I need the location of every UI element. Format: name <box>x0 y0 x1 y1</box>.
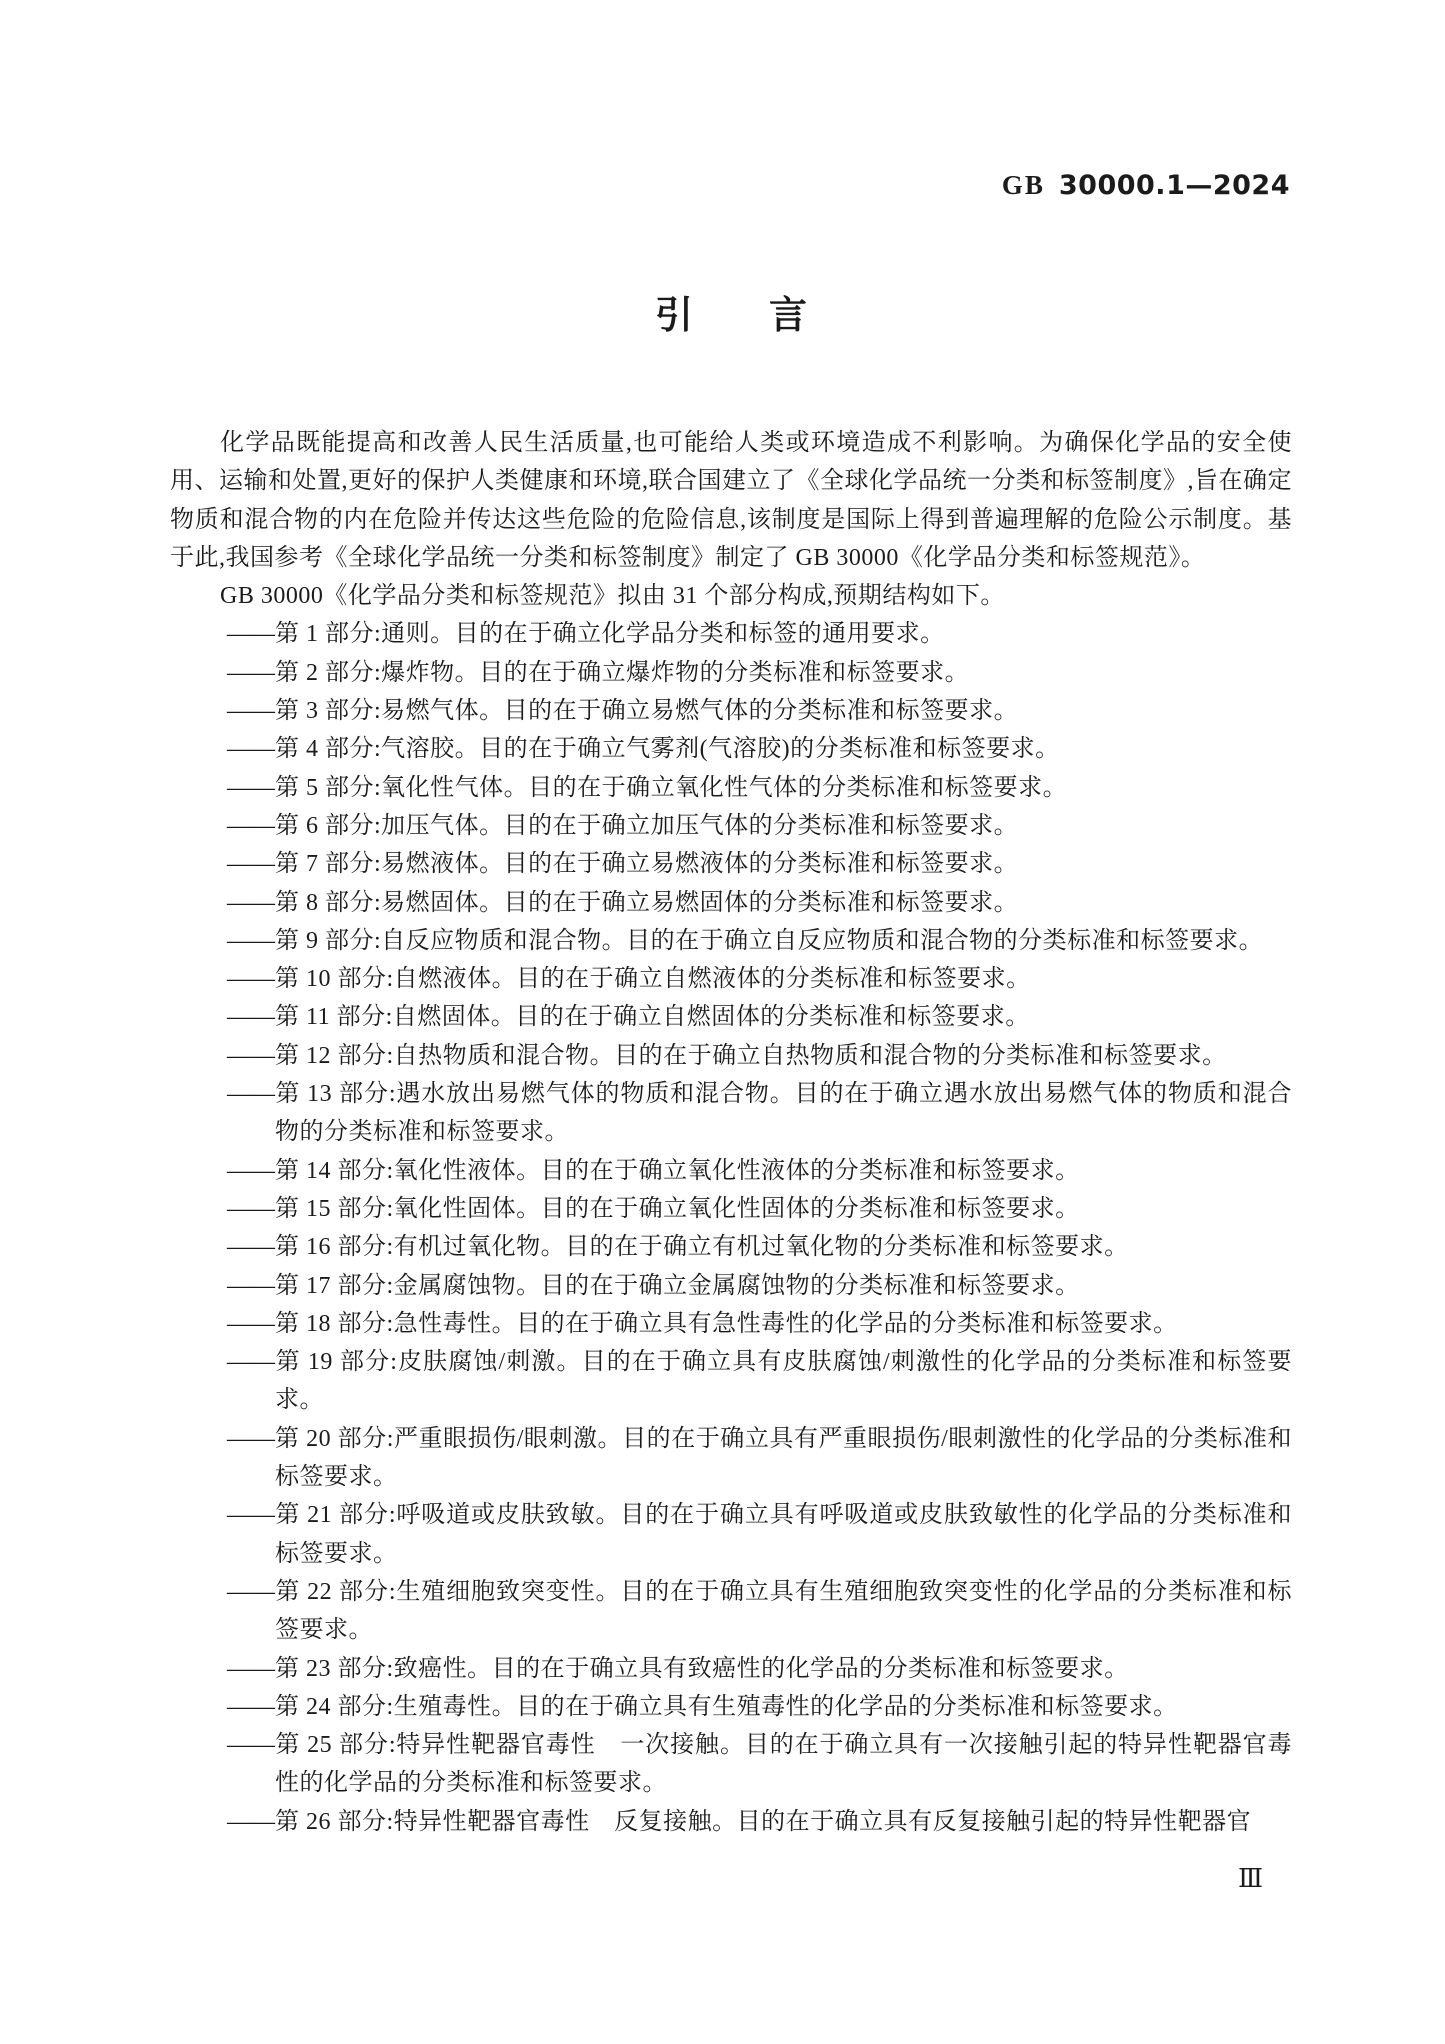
em-dash: —— <box>170 1037 275 1075</box>
em-dash: —— <box>170 807 275 845</box>
part-text: 第 10 部分:自燃液体。目的在于确立自燃液体的分类标准和标签要求。 <box>275 966 1031 992</box>
list-item: ——第 4 部分:气溶胶。目的在于确立气雾剂(气溶胶)的分类标准和标签要求。 <box>170 730 1292 768</box>
list-item: ——第 2 部分:爆炸物。目的在于确立爆炸物的分类标准和标签要求。 <box>170 654 1292 692</box>
part-text: 第 6 部分:加压气体。目的在于确立加压气体的分类标准和标签要求。 <box>275 813 1018 839</box>
document-page: GB30000.1—2024 引 言 化学品既能提高和改善人民生活质量,也可能给… <box>0 0 1445 2044</box>
part-text: 第 7 部分:易燃液体。目的在于确立易燃液体的分类标准和标签要求。 <box>275 851 1018 877</box>
list-item: ——第 12 部分:自热物质和混合物。目的在于确立自热物质和混合物的分类标准和标… <box>170 1037 1292 1075</box>
em-dash: —— <box>170 922 275 960</box>
part-text: 第 5 部分:氧化性气体。目的在于确立氧化性气体的分类标准和标签要求。 <box>275 775 1067 801</box>
list-item: ——第 17 部分:金属腐蚀物。目的在于确立金属腐蚀物的分类标准和标签要求。 <box>170 1267 1292 1305</box>
em-dash: —— <box>170 1343 275 1381</box>
list-item: ——第 5 部分:氧化性气体。目的在于确立氧化性气体的分类标准和标签要求。 <box>170 769 1292 807</box>
part-text: 第 12 部分:自热物质和混合物。目的在于确立自热物质和混合物的分类标准和标签要… <box>275 1043 1227 1069</box>
list-item: ——第 21 部分:呼吸道或皮肤致敏。目的在于确立具有呼吸道或皮肤致敏性的化学品… <box>170 1496 1292 1573</box>
em-dash: —— <box>170 1573 275 1611</box>
part-text: 第 22 部分:生殖细胞致突变性。目的在于确立具有生殖细胞致突变性的化学品的分类… <box>275 1579 1292 1643</box>
list-item: ——第 18 部分:急性毒性。目的在于确立具有急性毒性的化学品的分类标准和标签要… <box>170 1305 1292 1343</box>
em-dash: —— <box>170 1075 275 1113</box>
part-text: 第 18 部分:急性毒性。目的在于确立具有急性毒性的化学品的分类标准和标签要求。 <box>275 1311 1178 1337</box>
intro-paragraph: GB 30000《化学品分类和标签规范》拟由 31 个部分构成,预期结构如下。 <box>170 577 1292 615</box>
em-dash: —— <box>170 998 275 1036</box>
em-dash: —— <box>170 1228 275 1266</box>
list-item: ——第 10 部分:自燃液体。目的在于确立自燃液体的分类标准和标签要求。 <box>170 960 1292 998</box>
page-number: Ⅲ <box>1238 1864 1263 1894</box>
list-item: ——第 8 部分:易燃固体。目的在于确立易燃固体的分类标准和标签要求。 <box>170 884 1292 922</box>
list-item: ——第 14 部分:氧化性液体。目的在于确立氧化性液体的分类标准和标签要求。 <box>170 1152 1292 1190</box>
list-item: ——第 11 部分:自燃固体。目的在于确立自燃固体的分类标准和标签要求。 <box>170 998 1292 1036</box>
em-dash: —— <box>170 730 275 768</box>
em-dash: —— <box>170 1305 275 1343</box>
list-item: ——第 19 部分:皮肤腐蚀/刺激。目的在于确立具有皮肤腐蚀/刺激性的化学品的分… <box>170 1343 1292 1420</box>
em-dash: —— <box>170 845 275 883</box>
list-item: ——第 7 部分:易燃液体。目的在于确立易燃液体的分类标准和标签要求。 <box>170 845 1292 883</box>
standard-code-number: 30000.1—2024 <box>1059 170 1290 201</box>
part-text: 第 17 部分:金属腐蚀物。目的在于确立金属腐蚀物的分类标准和标签要求。 <box>275 1273 1080 1299</box>
part-text: 第 4 部分:气溶胶。目的在于确立气雾剂(气溶胶)的分类标准和标签要求。 <box>275 736 1060 762</box>
list-item: ——第 15 部分:氧化性固体。目的在于确立氧化性固体的分类标准和标签要求。 <box>170 1190 1292 1228</box>
em-dash: —— <box>170 1152 275 1190</box>
part-text: 第 24 部分:生殖毒性。目的在于确立具有生殖毒性的化学品的分类标准和标签要求。 <box>275 1694 1178 1720</box>
list-item: ——第 26 部分:特异性靶器官毒性 反复接触。目的在于确立具有反复接触引起的特… <box>170 1803 1292 1841</box>
standard-code: GB30000.1—2024 <box>1002 170 1290 201</box>
em-dash: —— <box>170 960 275 998</box>
section-title: 引 言 <box>170 294 1292 338</box>
list-item: ——第 24 部分:生殖毒性。目的在于确立具有生殖毒性的化学品的分类标准和标签要… <box>170 1688 1292 1726</box>
list-item: ——第 3 部分:易燃气体。目的在于确立易燃气体的分类标准和标签要求。 <box>170 692 1292 730</box>
part-text: 第 15 部分:氧化性固体。目的在于确立氧化性固体的分类标准和标签要求。 <box>275 1196 1080 1222</box>
em-dash: —— <box>170 1803 275 1841</box>
list-item: ——第 9 部分:自反应物质和混合物。目的在于确立自反应物质和混合物的分类标准和… <box>170 922 1292 960</box>
part-text: 第 16 部分:有机过氧化物。目的在于确立有机过氧化物的分类标准和标签要求。 <box>275 1234 1129 1260</box>
em-dash: —— <box>170 1190 275 1228</box>
part-text: 第 26 部分:特异性靶器官毒性 反复接触。目的在于确立具有反复接触引起的特异性… <box>275 1809 1251 1835</box>
part-text: 第 9 部分:自反应物质和混合物。目的在于确立自反应物质和混合物的分类标准和标签… <box>275 928 1263 954</box>
em-dash: —— <box>170 1688 275 1726</box>
part-text: 第 2 部分:爆炸物。目的在于确立爆炸物的分类标准和标签要求。 <box>275 660 969 686</box>
em-dash: —— <box>170 1726 275 1764</box>
parts-list: ——第 1 部分:通则。目的在于确立化学品分类和标签的通用要求。 ——第 2 部… <box>170 615 1292 1841</box>
em-dash: —— <box>170 1420 275 1458</box>
standard-code-prefix: GB <box>1002 170 1045 200</box>
em-dash: —— <box>170 692 275 730</box>
part-text: 第 1 部分:通则。目的在于确立化学品分类和标签的通用要求。 <box>275 621 945 647</box>
list-item: ——第 1 部分:通则。目的在于确立化学品分类和标签的通用要求。 <box>170 615 1292 653</box>
part-text: 第 3 部分:易燃气体。目的在于确立易燃气体的分类标准和标签要求。 <box>275 698 1018 724</box>
introduction-body: 化学品既能提高和改善人民生活质量,也可能给人类或环境造成不利影响。为确保化学品的… <box>170 424 1292 1841</box>
part-text: 第 25 部分:特异性靶器官毒性 一次接触。目的在于确立具有一次接触引起的特异性… <box>275 1732 1292 1796</box>
list-item: ——第 6 部分:加压气体。目的在于确立加压气体的分类标准和标签要求。 <box>170 807 1292 845</box>
em-dash: —— <box>170 884 275 922</box>
em-dash: —— <box>170 1496 275 1534</box>
part-text: 第 13 部分:遇水放出易燃气体的物质和混合物。目的在于确立遇水放出易燃气体的物… <box>275 1081 1292 1145</box>
list-item: ——第 16 部分:有机过氧化物。目的在于确立有机过氧化物的分类标准和标签要求。 <box>170 1228 1292 1266</box>
list-item: ——第 13 部分:遇水放出易燃气体的物质和混合物。目的在于确立遇水放出易燃气体… <box>170 1075 1292 1152</box>
list-item: ——第 20 部分:严重眼损伤/眼刺激。目的在于确立具有严重眼损伤/眼刺激性的化… <box>170 1420 1292 1497</box>
part-text: 第 23 部分:致癌性。目的在于确立具有致癌性的化学品的分类标准和标签要求。 <box>275 1656 1129 1682</box>
em-dash: —— <box>170 654 275 692</box>
em-dash: —— <box>170 769 275 807</box>
part-text: 第 19 部分:皮肤腐蚀/刺激。目的在于确立具有皮肤腐蚀/刺激性的化学品的分类标… <box>275 1349 1292 1413</box>
part-text: 第 21 部分:呼吸道或皮肤致敏。目的在于确立具有呼吸道或皮肤致敏性的化学品的分… <box>275 1502 1292 1566</box>
list-item: ——第 23 部分:致癌性。目的在于确立具有致癌性的化学品的分类标准和标签要求。 <box>170 1650 1292 1688</box>
list-item: ——第 22 部分:生殖细胞致突变性。目的在于确立具有生殖细胞致突变性的化学品的… <box>170 1573 1292 1650</box>
part-text: 第 14 部分:氧化性液体。目的在于确立氧化性液体的分类标准和标签要求。 <box>275 1158 1080 1184</box>
intro-paragraph: 化学品既能提高和改善人民生活质量,也可能给人类或环境造成不利影响。为确保化学品的… <box>170 424 1292 577</box>
part-text: 第 20 部分:严重眼损伤/眼刺激。目的在于确立具有严重眼损伤/眼刺激性的化学品… <box>275 1426 1292 1490</box>
list-item: ——第 25 部分:特异性靶器官毒性 一次接触。目的在于确立具有一次接触引起的特… <box>170 1726 1292 1803</box>
em-dash: —— <box>170 1650 275 1688</box>
part-text: 第 11 部分:自燃固体。目的在于确立自燃固体的分类标准和标签要求。 <box>275 1004 1030 1030</box>
part-text: 第 8 部分:易燃固体。目的在于确立易燃固体的分类标准和标签要求。 <box>275 890 1018 916</box>
em-dash: —— <box>170 1267 275 1305</box>
em-dash: —— <box>170 615 275 653</box>
